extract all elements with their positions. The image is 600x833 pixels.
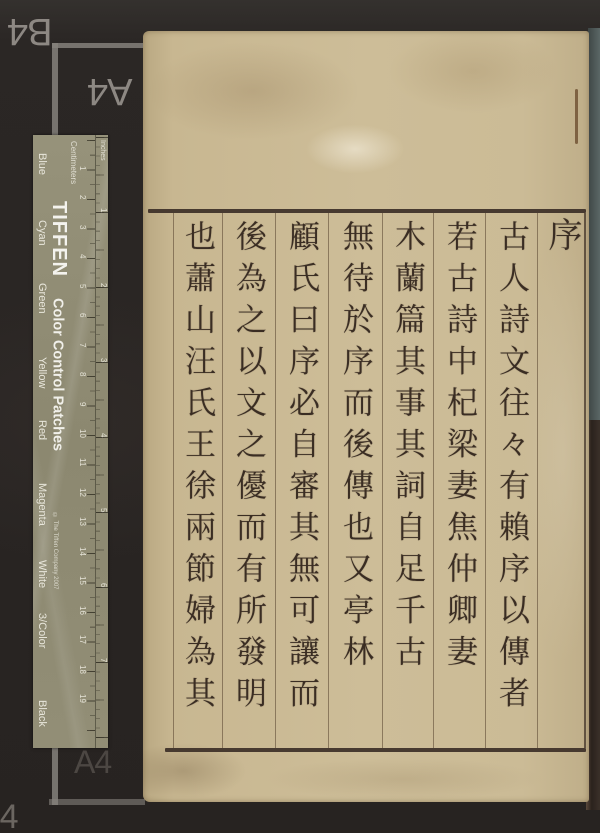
cm-number: 8 (78, 372, 86, 376)
ruler-copyright: © The Tiffen Company 2007 (52, 513, 58, 590)
cm-number: 14 (78, 547, 86, 556)
patch-label-red: Red (35, 420, 47, 440)
cm-number: 1 (78, 166, 86, 170)
text-column-7: 後為之以文之優而有所發明 (230, 220, 266, 750)
inch-number: 1 (99, 208, 107, 212)
patch-label-blue: Blue (35, 153, 47, 175)
column-rule (382, 213, 383, 748)
cm-number: 13 (78, 517, 86, 526)
cm-number: 17 (78, 635, 86, 644)
top-border-rule (148, 209, 586, 213)
cm-number: 6 (78, 313, 86, 317)
inch-number: 5 (99, 508, 107, 512)
ruler-title: Color Control Patches (50, 298, 65, 451)
text-column-6: 顧氏曰序必自審其無可讓而 (283, 220, 319, 750)
inch-number: 7 (99, 658, 107, 662)
text-column-3: 若古詩中杞梁妻焦仲卿妻 (441, 220, 477, 750)
inch-number: 2 (99, 283, 107, 287)
inch-number: 6 (99, 583, 107, 587)
text-column-2: 古人詩文往々有賴序以傳者 (493, 220, 529, 750)
cm-number: 7 (78, 343, 86, 347)
patch-label-magenta: Magenta (35, 483, 47, 526)
patch-label-black: Black (35, 700, 47, 727)
cm-number: 18 (78, 665, 86, 674)
inch-number: 4 (99, 433, 107, 437)
text-column-8: 也蕭山汪氏王徐兩節婦為其 (179, 220, 215, 750)
color-control-ruler: Centimeters Inches TIFFEN Color Control … (33, 135, 108, 748)
page-stain (575, 89, 578, 144)
cm-number: 19 (78, 694, 86, 703)
cm-number: 11 (78, 458, 86, 466)
inch-number: 3 (99, 358, 107, 362)
column-rule (328, 213, 329, 748)
column-rule (537, 213, 538, 748)
guide-label-a4-bottom: A4 (74, 746, 111, 778)
cm-number: 5 (78, 284, 86, 288)
centimeters-label: Centimeters (69, 141, 77, 184)
inch-scale (96, 137, 108, 745)
guide-line-top (52, 43, 143, 48)
patch-label-yellow: Yellow (35, 357, 47, 388)
column-rule (222, 213, 223, 748)
text-column-4: 木蘭篇其事其詞自足千古 (389, 220, 425, 750)
cm-number: 10 (78, 429, 86, 438)
book-cover-edge-top (588, 28, 600, 423)
guide-line-bottom (49, 799, 145, 805)
inches-label: Inches (99, 140, 106, 161)
cm-number: 16 (78, 606, 86, 615)
cm-number: 3 (78, 225, 86, 229)
patch-label-3color: 3/Color (35, 613, 47, 648)
text-column-5: 無待於序而後傳也又亭林 (337, 220, 373, 750)
book-page: 序 古人詩文往々有賴序以傳者 若古詩中杞梁妻焦仲卿妻 木蘭篇其事其詞自足千古 無… (143, 31, 589, 802)
centimeter-scale (87, 140, 95, 740)
cm-number: 9 (78, 402, 86, 406)
patch-label-green: Green (35, 283, 47, 314)
preface-title-column: 序 (544, 217, 580, 747)
guide-label-a4-top: A4 (88, 72, 132, 110)
column-rule (275, 213, 276, 748)
tiffen-logo: TIFFEN (49, 201, 69, 277)
cm-number: 2 (78, 195, 86, 199)
column-rule (485, 213, 486, 748)
guide-label-b4-top: B4 (8, 12, 52, 50)
cm-number: 4 (78, 254, 86, 258)
column-rule (173, 213, 174, 748)
cm-number: 12 (78, 488, 86, 497)
patch-label-white: White (35, 560, 47, 588)
guide-label-b4-bottom: B4 (0, 800, 18, 833)
patch-label-cyan: Cyan (35, 220, 47, 246)
right-border-rule (584, 213, 586, 748)
column-rule (433, 213, 434, 748)
cm-number: 15 (78, 576, 86, 585)
